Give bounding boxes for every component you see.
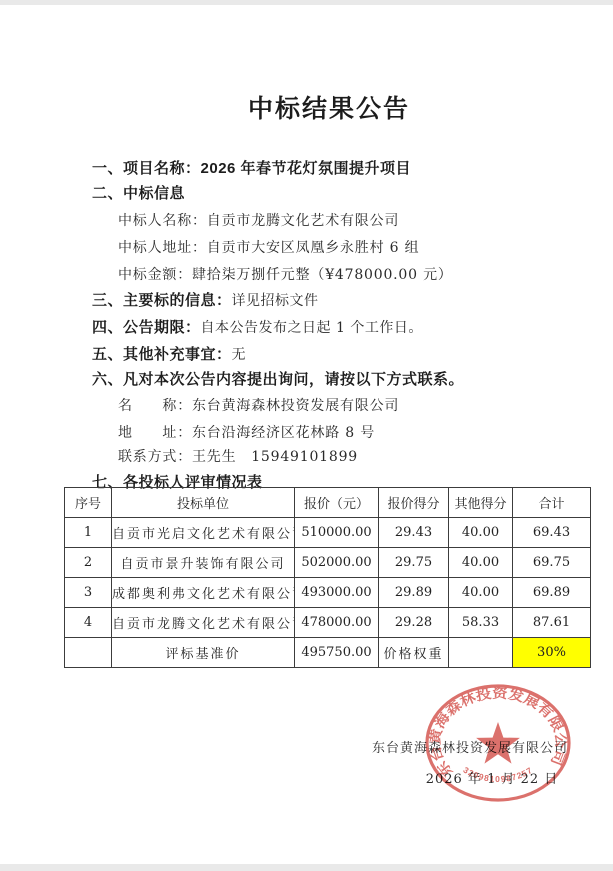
cell-total: 87.61 bbox=[513, 608, 591, 638]
cell-benchmark-price: 495750.00 bbox=[295, 638, 379, 668]
cell-price-score: 29.75 bbox=[379, 548, 449, 578]
cell-bidder: 自贡市景升装饰有限公司 bbox=[112, 548, 295, 578]
cell-other-score: 40.00 bbox=[449, 548, 513, 578]
cell-index-empty bbox=[65, 638, 112, 668]
cell-price: 510000.00 bbox=[295, 518, 379, 548]
table-footer-row: 评标基准价 495750.00 价格权重 30% bbox=[65, 638, 591, 668]
cell-index: 1 bbox=[65, 518, 112, 548]
item-other-value: 无 bbox=[232, 347, 247, 363]
signature-date: 2026 年 1 月 22 日 bbox=[426, 768, 559, 787]
table-row: 3 成都奥利弗文化艺术有限公司 493000.00 29.89 40.00 69… bbox=[65, 578, 591, 608]
item-inquiry: 六、凡对本次公告内容提出询问，请按以下方式联系。 bbox=[92, 368, 464, 389]
col-header-index: 序号 bbox=[65, 488, 112, 518]
cell-index: 3 bbox=[65, 578, 112, 608]
document-page: 中标结果公告 一、项目名称：2026 年春节花灯氛围提升项目 二、中标信息 中标… bbox=[0, 5, 613, 864]
item-other-head: 五、其他补充事宜： bbox=[92, 346, 232, 363]
table-row: 2 自贡市景升装饰有限公司 502000.00 29.75 40.00 69.7… bbox=[65, 548, 591, 578]
item-subject-head: 三、主要标的信息： bbox=[92, 292, 232, 309]
cell-price: 502000.00 bbox=[295, 548, 379, 578]
cell-other-score: 40.00 bbox=[449, 578, 513, 608]
cell-price: 478000.00 bbox=[295, 608, 379, 638]
cell-price: 493000.00 bbox=[295, 578, 379, 608]
contact-address-line: 地 址：东台沿海经济区花林路 8 号 bbox=[118, 422, 375, 442]
item-other: 五、其他补充事宜：无 bbox=[92, 343, 246, 364]
cell-benchmark-label: 评标基准价 bbox=[112, 638, 295, 668]
screenshot-root: { "document": { "title": "中标结果公告", "item… bbox=[0, 0, 613, 871]
item-bid-info-head: 二、中标信息 bbox=[92, 185, 185, 202]
contact-name-line: 名 称：东台黄海森林投资发展有限公司 bbox=[118, 395, 399, 415]
evaluation-table: 序号 投标单位 报价（元） 报价得分 其他得分 合计 1 自贡市光启文化艺术有限… bbox=[64, 487, 591, 668]
cell-other-score: 58.33 bbox=[449, 608, 513, 638]
item-subject-value: 详见招标文件 bbox=[232, 293, 319, 309]
signature-company: 东台黄海森林投资发展有限公司 bbox=[372, 737, 568, 756]
winner-amount-line: 中标金额：肆拾柒万捌仟元整（¥478000.00 元） bbox=[118, 264, 453, 284]
cell-price-weight-value: 30% bbox=[513, 638, 591, 668]
seal-ring-text: 东台黄海森林投资发展有限公司 bbox=[426, 685, 568, 781]
item-subject: 三、主要标的信息：详见招标文件 bbox=[92, 289, 319, 310]
page-title: 中标结果公告 bbox=[65, 89, 593, 125]
cell-bidder: 成都奥利弗文化艺术有限公司 bbox=[112, 578, 295, 608]
col-header-price: 报价（元） bbox=[295, 488, 379, 518]
contact-phone-line: 联系方式：王先生 15949101899 bbox=[118, 446, 358, 466]
item-project-value: 2026 年春节花灯氛围提升项目 bbox=[201, 160, 412, 177]
item-inquiry-head: 六、凡对本次公告内容提出询问，请按以下方式联系。 bbox=[92, 371, 464, 388]
cell-bidder: 自贡市龙腾文化艺术有限公司 bbox=[112, 608, 295, 638]
item-period-head: 四、公告期限： bbox=[92, 319, 201, 336]
col-header-bidder: 投标单位 bbox=[112, 488, 295, 518]
item-bid-info: 二、中标信息 bbox=[92, 182, 185, 203]
item-project-head: 一、项目名称： bbox=[92, 160, 201, 177]
cell-index: 2 bbox=[65, 548, 112, 578]
cell-index: 4 bbox=[65, 608, 112, 638]
cell-price-score: 29.28 bbox=[379, 608, 449, 638]
cell-price-score: 29.43 bbox=[379, 518, 449, 548]
cell-price-score: 29.89 bbox=[379, 578, 449, 608]
cell-total: 69.43 bbox=[513, 518, 591, 548]
table-row: 1 自贡市光启文化艺术有限公司 510000.00 29.43 40.00 69… bbox=[65, 518, 591, 548]
table-row: 4 自贡市龙腾文化艺术有限公司 478000.00 29.28 58.33 87… bbox=[65, 608, 591, 638]
col-header-total: 合计 bbox=[513, 488, 591, 518]
cell-empty bbox=[449, 638, 513, 668]
item-period: 四、公告期限：自本公告发布之日起 1 个工作日。 bbox=[92, 316, 423, 337]
item-project-name: 一、项目名称：2026 年春节花灯氛围提升项目 bbox=[92, 157, 411, 178]
col-header-price-score: 报价得分 bbox=[379, 488, 449, 518]
table-header-row: 序号 投标单位 报价（元） 报价得分 其他得分 合计 bbox=[65, 488, 591, 518]
col-header-other-score: 其他得分 bbox=[449, 488, 513, 518]
cell-other-score: 40.00 bbox=[449, 518, 513, 548]
cell-bidder: 自贡市光启文化艺术有限公司 bbox=[112, 518, 295, 548]
cell-total: 69.89 bbox=[513, 578, 591, 608]
item-period-value: 自本公告发布之日起 1 个工作日。 bbox=[201, 320, 423, 336]
cell-price-weight-label: 价格权重 bbox=[379, 638, 449, 668]
winner-address-line: 中标人地址：自贡市大安区凤凰乡永胜村 6 组 bbox=[118, 237, 419, 257]
winner-name-line: 中标人名称：自贡市龙腾文化艺术有限公司 bbox=[118, 210, 399, 230]
cell-total: 69.75 bbox=[513, 548, 591, 578]
